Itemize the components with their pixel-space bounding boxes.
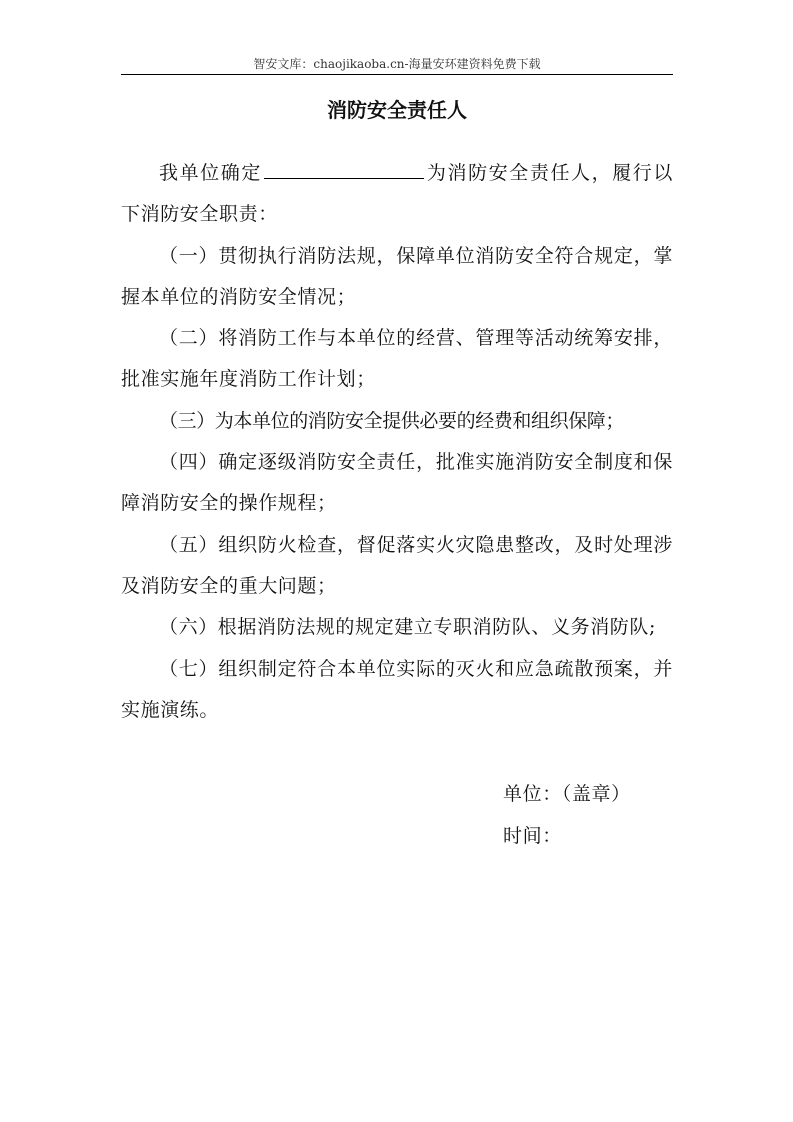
- duty-item-4: （四）确定逐级消防安全责任，批准实施消防安全制度和保障消防安全的操作规程；: [121, 442, 673, 525]
- duty-item-3: （三）为本单位的消防安全提供必要的经费和组织保障；: [121, 401, 673, 442]
- responsible-person-blank: [264, 156, 424, 179]
- duty-item-5: （五）组织防火检查，督促落实火灾隐患整改，及时处理涉及消防安全的重大问题；: [121, 525, 673, 608]
- intro-text-before: 我单位确定: [159, 162, 262, 184]
- header-divider: [121, 74, 673, 75]
- document-title: 消防安全责任人: [121, 96, 673, 124]
- duty-item-7: （七）组织制定符合本单位实际的灭火和应急疏散预案，并实施演练。: [121, 649, 673, 732]
- intro-paragraph: 我单位确定为消防安全责任人，履行以下消防安全职责：: [121, 153, 673, 236]
- duty-item-1: （一）贯彻执行消防法规，保障单位消防安全符合规定，掌握本单位的消防安全情况；: [121, 236, 673, 319]
- signature-time-label: 时间：: [503, 824, 562, 848]
- document-body: 我单位确定为消防安全责任人，履行以下消防安全职责： （一）贯彻执行消防法规，保障…: [121, 153, 673, 731]
- duty-item-2: （二）将消防工作与本单位的经营、管理等活动统筹安排，批准实施年度消防工作计划；: [121, 318, 673, 401]
- signature-unit-label: 单位：（盖章）: [503, 782, 631, 806]
- duty-item-6: （六）根据消防法规的规定建立专职消防队、义务消防队;: [121, 607, 673, 648]
- page-header: 智安文库：chaojikaoba.cn-海量安环建资料免费下载: [121, 56, 673, 72]
